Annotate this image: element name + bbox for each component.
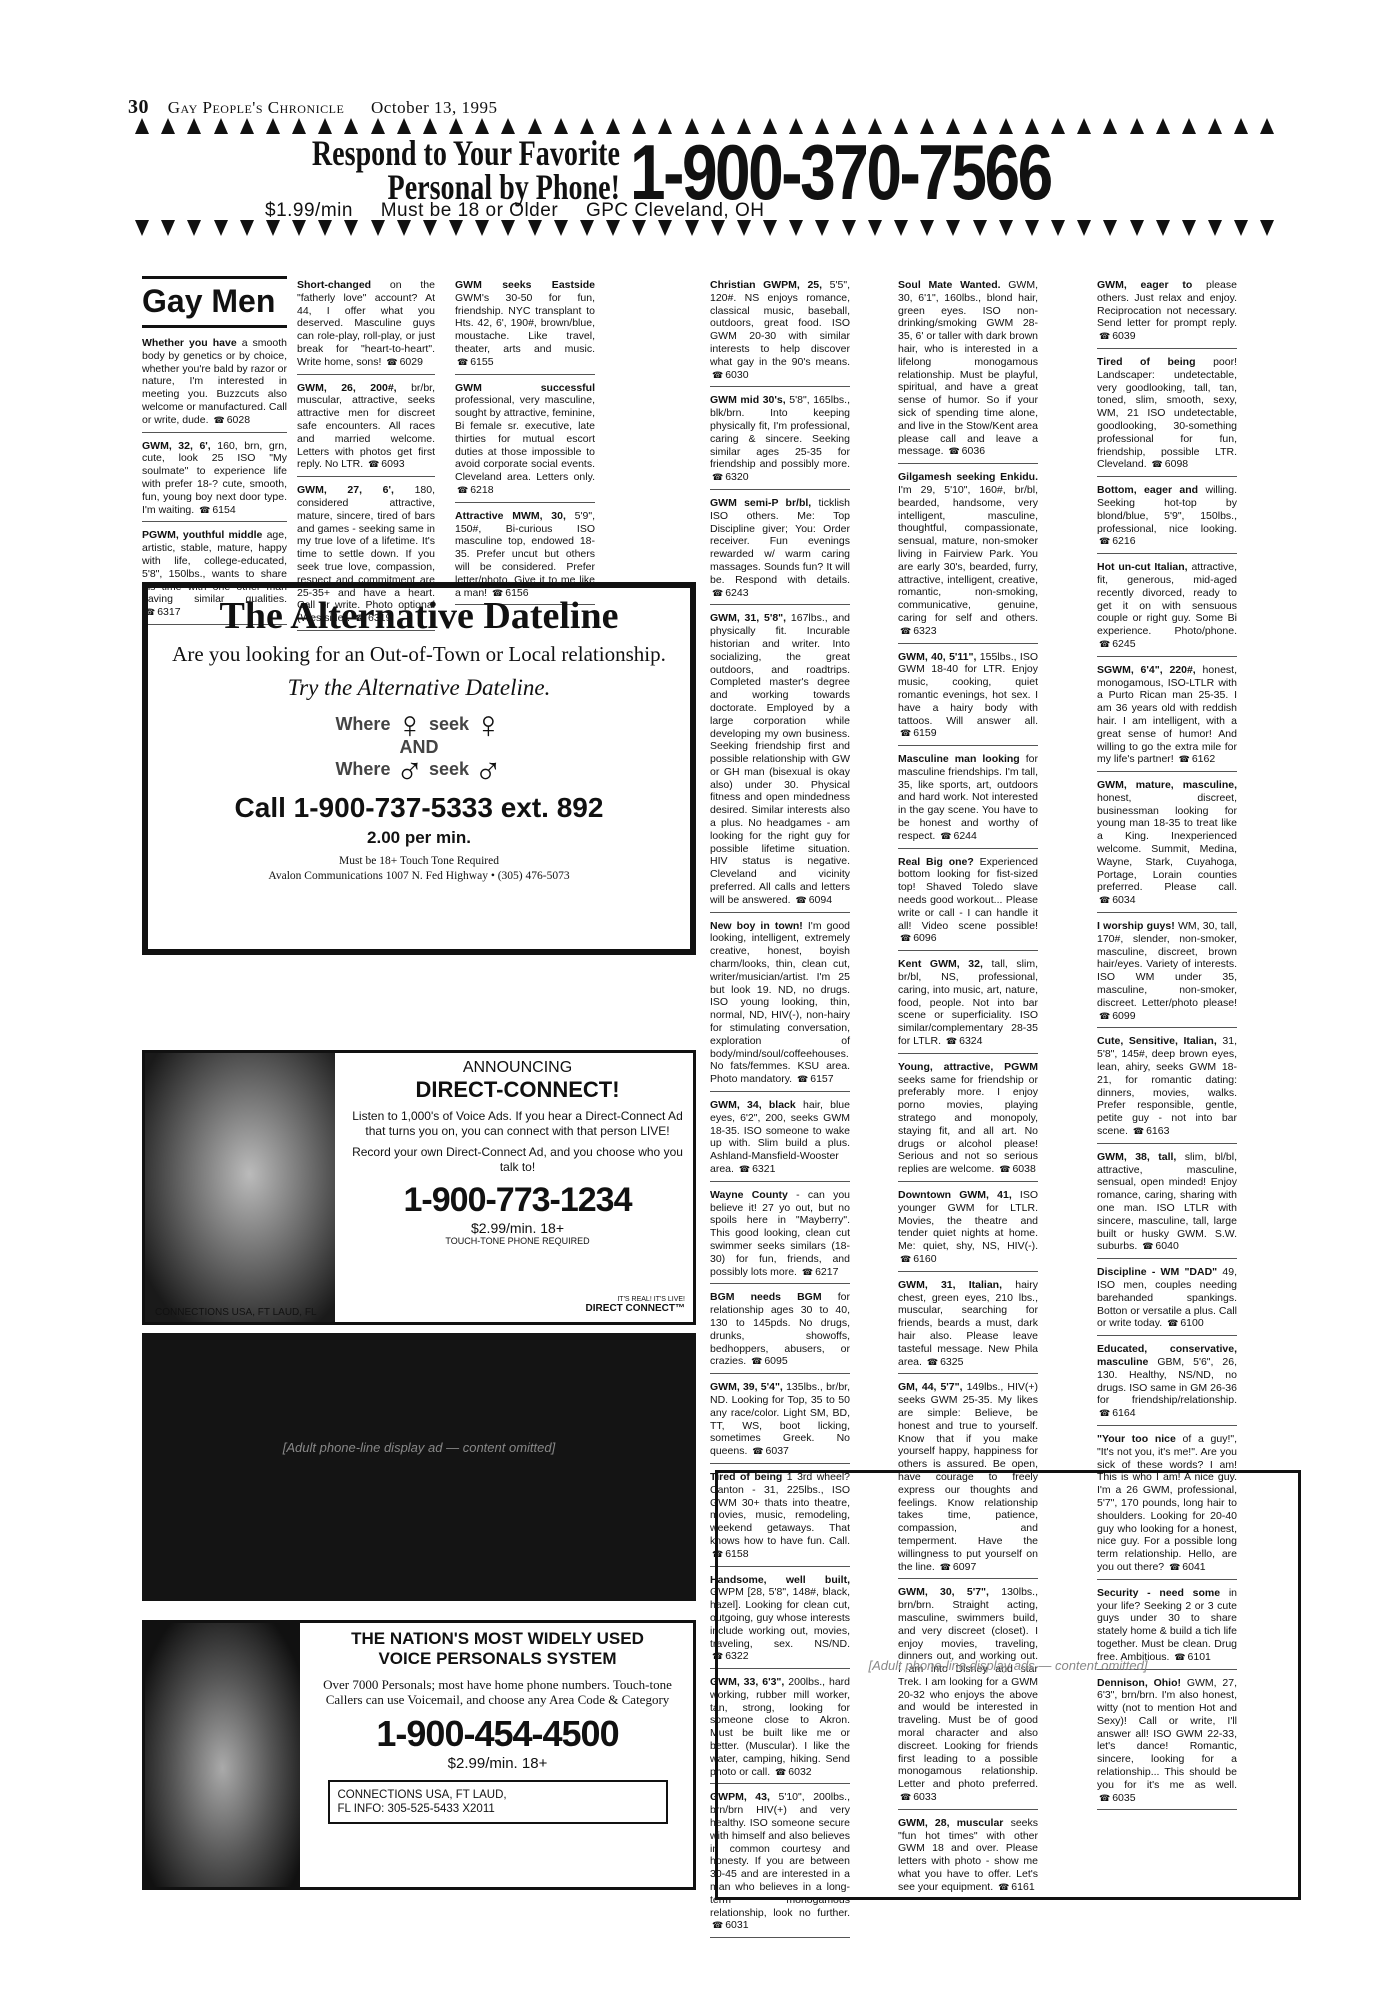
phone-icon: ☎ bbox=[1099, 1407, 1110, 1420]
triangle-ornament bbox=[1103, 118, 1117, 134]
phone-icon: ☎ bbox=[900, 727, 911, 740]
banner-subline: $1.99/min Must be 18 or Older GPC Clevel… bbox=[265, 200, 786, 222]
ad-title: The Alternative Dateline bbox=[148, 594, 690, 638]
ad-body: slim, bl/bl, attractive, masculine, sens… bbox=[1097, 1151, 1237, 1253]
ad-lead: Short-changed bbox=[297, 279, 371, 291]
ad-lead: Kent GWM, 32, bbox=[898, 958, 983, 970]
ad-body: I'm 29, 5'10", 160#, br/bl, bearded, han… bbox=[898, 484, 1038, 624]
ad-phone: 1-900-454-4500 bbox=[305, 1713, 690, 1755]
ad-lead: "Your too nice bbox=[1097, 1433, 1176, 1445]
personal-ad: Real Big one? Experienced bottom looking… bbox=[898, 853, 1038, 952]
triangle-ornament bbox=[501, 220, 515, 236]
page-number: 30 bbox=[128, 96, 149, 118]
triangle-ornament bbox=[501, 118, 515, 134]
phone-icon: ☎ bbox=[1099, 535, 1110, 548]
ad-body: 167lbs., and physically fit. Incurable h… bbox=[710, 612, 850, 906]
voice-personals-ad: THE NATION'S MOST WIDELY USED VOICE PERS… bbox=[142, 1620, 696, 1890]
voice-box: ☎6096 bbox=[898, 932, 937, 944]
personal-ad: Gilgamesh seeking Enkidu. I'm 29, 5'10",… bbox=[898, 468, 1038, 643]
triangle-ornament bbox=[789, 220, 803, 236]
triangle-ornament bbox=[946, 220, 960, 236]
voice-box: ☎6163 bbox=[1131, 1125, 1170, 1137]
phone-icon: ☎ bbox=[739, 1163, 750, 1176]
personal-ad: BGM needs BGM for relationship ages 30 t… bbox=[710, 1288, 850, 1374]
triangle-ornament bbox=[1051, 220, 1065, 236]
ad-body: 31, 5'8", 145#, deep brown eyes, lean, a… bbox=[1097, 1035, 1237, 1137]
triangle-ornament bbox=[214, 118, 228, 134]
ad-lead: Real Big one? bbox=[898, 856, 974, 868]
voice-box: ☎6095 bbox=[749, 1355, 788, 1367]
ad-lead: GWM, 40, 5'11", bbox=[898, 651, 976, 663]
personal-ad: Discipline - WM "DAD" 49, ISO men, coupl… bbox=[1097, 1263, 1237, 1336]
triangle-ornament bbox=[344, 118, 358, 134]
personal-ad: GWM, 26, 200#, br/br, muscular, attracti… bbox=[297, 379, 435, 478]
phone-icon: ☎ bbox=[795, 894, 806, 907]
ad-lead: Discipline - WM "DAD" bbox=[1097, 1266, 1217, 1278]
triangle-ornament bbox=[554, 118, 568, 134]
voice-box: ☎6038 bbox=[997, 1163, 1036, 1175]
ad-lead: New boy in town! bbox=[710, 920, 803, 932]
triangle-ornament bbox=[214, 220, 228, 236]
ad-photo bbox=[145, 1623, 300, 1887]
ad-body: WM, 30, tall, 170#, slender, non-smoker,… bbox=[1097, 920, 1237, 1009]
triangle-ornament bbox=[1182, 220, 1196, 236]
triangle-ornament bbox=[1260, 220, 1274, 236]
triangle-ornament bbox=[554, 220, 568, 236]
triangle-ornament bbox=[685, 220, 699, 236]
voice-box: ☎6093 bbox=[366, 458, 405, 470]
ad-lead: Masculine man looking bbox=[898, 753, 1020, 765]
ad-lead: Young, attractive, PGWM bbox=[898, 1061, 1038, 1073]
voice-box: ☎6157 bbox=[795, 1073, 834, 1085]
triangle-ornament bbox=[1025, 220, 1039, 236]
voice-box: ☎6040 bbox=[1140, 1240, 1179, 1252]
triangle-ornament bbox=[161, 118, 175, 134]
phone-icon: ☎ bbox=[1152, 458, 1163, 471]
phone-icon: ☎ bbox=[802, 1266, 813, 1279]
ad-rate: 2.00 per min. bbox=[148, 828, 690, 848]
ad-body: GWM's 30-50 for fun, friendship. NYC tra… bbox=[455, 292, 595, 355]
voice-box: ☎6154 bbox=[197, 504, 236, 516]
voice-box: ☎6029 bbox=[384, 356, 423, 368]
triangle-ornament bbox=[292, 220, 306, 236]
voice-box: ☎6039 bbox=[1097, 330, 1136, 342]
triangle-ornament bbox=[240, 118, 254, 134]
triangle-ornament bbox=[1130, 220, 1144, 236]
phone-icon: ☎ bbox=[1099, 330, 1110, 343]
banner-headline: Respond to Your Favorite Personal by Pho… bbox=[253, 136, 620, 204]
voice-box: ☎6034 bbox=[1097, 894, 1136, 906]
phone-icon: ☎ bbox=[712, 369, 723, 382]
ad-body: I'm good looking, intelligent, extremely… bbox=[710, 920, 850, 1086]
male-symbol-icon: ♂ bbox=[474, 750, 503, 792]
ad-lead: Attractive MWM, 30, bbox=[455, 510, 566, 522]
triangle-ornament bbox=[318, 118, 332, 134]
phone-icon: ☎ bbox=[1142, 1240, 1153, 1253]
triangle-ornament bbox=[711, 220, 725, 236]
phone-icon: ☎ bbox=[900, 932, 911, 945]
voice-box: ☎6159 bbox=[898, 727, 937, 739]
playground-ad: [Adult phone-line display ad — content o… bbox=[142, 1333, 696, 1601]
triangle-ornament bbox=[1234, 220, 1248, 236]
triangle-ornament bbox=[475, 118, 489, 134]
personal-ad: GWM seeks Eastside GWM's 30-50 for fun, … bbox=[455, 276, 595, 375]
personals-column-3: GWM seeks Eastside GWM's 30-50 for fun, … bbox=[455, 276, 595, 609]
personal-ad: Bottom, eager and willing. Seeking hot-t… bbox=[1097, 481, 1237, 554]
triangle-ornament bbox=[1103, 220, 1117, 236]
personals-column-1: Gay Men Whether you have a smooth body b… bbox=[142, 276, 287, 629]
phone-icon: ☎ bbox=[457, 484, 468, 497]
personal-ad: GWM, 40, 5'11", 155lbs., ISO GWM 18-40 f… bbox=[898, 648, 1038, 747]
ad-body: 5'5", 120#. NS enjoys romance, classical… bbox=[710, 279, 850, 368]
personal-ad: Short-changed on the "fatherly love" acc… bbox=[297, 276, 435, 375]
triangle-ornament bbox=[135, 118, 149, 134]
triangle-ornament bbox=[135, 220, 149, 236]
ad-body: professional, very masculine, sought by … bbox=[455, 394, 595, 483]
voice-box: ☎6217 bbox=[800, 1266, 839, 1278]
ad-lead: GM, 44, 5'7", bbox=[898, 1381, 963, 1393]
voice-box: ☎6323 bbox=[898, 625, 937, 637]
voice-box: ☎6036 bbox=[946, 445, 985, 457]
triangle-ornament bbox=[266, 220, 280, 236]
triangle-ornament bbox=[397, 220, 411, 236]
phone-icon: ☎ bbox=[940, 830, 951, 843]
voice-box: ☎6155 bbox=[455, 356, 494, 368]
ad-body: honest, discreet, businessman looking fo… bbox=[1097, 792, 1237, 894]
triangle-ornament bbox=[868, 220, 882, 236]
personal-ad: Young, attractive, PGWM seeks same for f… bbox=[898, 1058, 1038, 1182]
phone-icon: ☎ bbox=[900, 1253, 911, 1266]
triangle-ornament bbox=[973, 220, 987, 236]
ad-lead: GWM, 31, 5'8", bbox=[710, 612, 786, 624]
personal-ad: New boy in town! I'm good looking, intel… bbox=[710, 917, 850, 1092]
triangle-ornament bbox=[842, 220, 856, 236]
ad-lead: Whether you have bbox=[142, 337, 237, 349]
ad-lead: GWM, 31, Italian, bbox=[898, 1279, 1002, 1291]
triangle-ornament bbox=[1051, 118, 1065, 134]
triangle-ornament bbox=[528, 118, 542, 134]
ad-lead: GWM, mature, masculine, bbox=[1097, 779, 1237, 791]
triangle-ornament bbox=[371, 118, 385, 134]
ad-lead: I worship guys! bbox=[1097, 920, 1175, 932]
personal-ad: GWM, 34, black hair, blue eyes, 6'2", 20… bbox=[710, 1096, 850, 1182]
phone-icon: ☎ bbox=[927, 1356, 938, 1369]
personal-ad: GWM, mature, masculine, honest, discreet… bbox=[1097, 776, 1237, 913]
phone-icon: ☎ bbox=[1179, 753, 1190, 766]
triangle-ornament bbox=[318, 220, 332, 236]
voice-box: ☎6324 bbox=[944, 1035, 983, 1047]
folio: 30 Gay People's Chronicle October 13, 19… bbox=[128, 96, 498, 119]
phone-icon: ☎ bbox=[900, 625, 911, 638]
phone-icon: ☎ bbox=[999, 1163, 1010, 1176]
personal-ad: Hot un-cut Italian, attractive, fit, gen… bbox=[1097, 558, 1237, 657]
triangle-ornament bbox=[240, 220, 254, 236]
triangle-ornament bbox=[920, 220, 934, 236]
ad-lead: GWM semi-P br/bl, bbox=[710, 497, 811, 509]
triangle-ornament bbox=[1260, 118, 1274, 134]
publication-name: Gay People's Chronicle bbox=[168, 98, 345, 117]
ad-body: hairy chest, green eyes, 210 lbs., muscu… bbox=[898, 1279, 1038, 1368]
phone-icon: ☎ bbox=[948, 445, 959, 458]
triangle-ornament bbox=[397, 118, 411, 134]
personal-ad: Christian GWPM, 25, 5'5", 120#. NS enjoy… bbox=[710, 276, 850, 387]
triangle-ornament bbox=[580, 118, 594, 134]
ad-lead: Cute, Sensitive, Italian, bbox=[1097, 1035, 1217, 1047]
triangle-ornament bbox=[187, 220, 201, 236]
personal-ad: GWM, 32, 6', 160, brn, grn, cute, look 2… bbox=[142, 437, 287, 523]
triangle-ornament bbox=[161, 220, 175, 236]
ad-lead: GWM, 38, tall, bbox=[1097, 1151, 1176, 1163]
section-title: Gay Men bbox=[142, 276, 287, 328]
personal-ad: Whether you have a smooth body by geneti… bbox=[142, 334, 287, 433]
voice-box: ☎6243 bbox=[710, 587, 749, 599]
ad-body: br/br, muscular, attractive, seeks attra… bbox=[297, 382, 435, 471]
triangle-ornament bbox=[894, 220, 908, 236]
phone-icon: ☎ bbox=[712, 471, 723, 484]
triangle-ornament bbox=[1182, 118, 1196, 134]
personal-ad: GWM, eager to please others. Just relax … bbox=[1097, 276, 1237, 349]
personal-ad: Wayne County - can you believe it! 27 yo… bbox=[710, 1186, 850, 1285]
ad-phone: Call 1-900-737-5333 ext. 892 bbox=[148, 792, 690, 824]
triangle-ornament bbox=[1077, 220, 1091, 236]
phone-icon: ☎ bbox=[368, 458, 379, 471]
ad-lead: Hot un-cut Italian, bbox=[1097, 561, 1188, 573]
personal-ad: GWM, 31, 5'8", 167lbs., and physically f… bbox=[710, 609, 850, 912]
ad-lead: Bottom, eager and bbox=[1097, 484, 1198, 496]
triangle-ornament bbox=[580, 220, 594, 236]
phone-icon: ☎ bbox=[751, 1355, 762, 1368]
ad-lead: BGM needs BGM bbox=[710, 1291, 822, 1303]
triangle-ornament bbox=[1156, 220, 1170, 236]
ad-subtitle: Are you looking for an Out-of-Town or Lo… bbox=[148, 642, 690, 667]
triangle-ornament bbox=[815, 220, 829, 236]
personal-ad: Educated, conservative, masculine GBM, 5… bbox=[1097, 1340, 1237, 1426]
voice-box: ☎6325 bbox=[925, 1356, 964, 1368]
voice-box: ☎6244 bbox=[938, 830, 977, 842]
voice-box: ☎6030 bbox=[710, 369, 749, 381]
ad-lead: GWM mid 30's, bbox=[710, 394, 786, 406]
triangle-ornament bbox=[475, 220, 489, 236]
ad-body: on the "fatherly love" account? At 44, I… bbox=[297, 279, 435, 368]
triangle-ornament bbox=[1156, 118, 1170, 134]
voice-box: ☎6164 bbox=[1097, 1407, 1136, 1419]
triangle-ornament bbox=[266, 118, 280, 134]
phone-icon: ☎ bbox=[457, 356, 468, 369]
ad-tagline: Try the Alternative Dateline. bbox=[148, 675, 690, 701]
ad-lead: GWM, eager to bbox=[1097, 279, 1192, 291]
phone-icon: ☎ bbox=[1099, 1010, 1110, 1023]
triangle-ornament bbox=[606, 220, 620, 236]
ad-body: honest, monogamous, ISO-LTLR with a Purt… bbox=[1097, 664, 1237, 766]
ad-body: GWM, 30, 6'1", 160lbs., blond hair, gree… bbox=[898, 279, 1038, 457]
ad-lead: GWM successful bbox=[455, 382, 595, 394]
phone-icon: ☎ bbox=[797, 1073, 808, 1086]
ad-lead: Downtown GWM, 41, bbox=[898, 1189, 1012, 1201]
ad-photo bbox=[145, 1053, 335, 1322]
voice-box: ☎6098 bbox=[1150, 458, 1189, 470]
voice-box: ☎6162 bbox=[1177, 753, 1216, 765]
triangle-ornament bbox=[1208, 220, 1222, 236]
voice-box: ☎6094 bbox=[793, 894, 832, 906]
voice-box: ☎6037 bbox=[750, 1445, 789, 1457]
voice-box: ☎6100 bbox=[1165, 1317, 1204, 1329]
ad-lead: Christian GWPM, 25, bbox=[710, 279, 822, 291]
voice-box: ☎6320 bbox=[710, 471, 749, 483]
ad-body: ticklish ISO others. Me: Top Discipline … bbox=[710, 497, 850, 586]
phone-icon: ☎ bbox=[1099, 638, 1110, 651]
ad-lead: GWM, 32, 6', bbox=[142, 440, 211, 452]
ad-title: DIRECT-CONNECT! bbox=[345, 1077, 690, 1103]
ad-lead: PGWM, youthful middle bbox=[142, 529, 262, 541]
triangle-ornament bbox=[344, 220, 358, 236]
phone-icon: ☎ bbox=[712, 587, 723, 600]
gender-symbols: Where ♀ seek ♀ AND Where ♂ seek ♂ bbox=[148, 713, 690, 782]
phone-icon: ☎ bbox=[1099, 894, 1110, 907]
voice-box: ☎6245 bbox=[1097, 638, 1136, 650]
ad-lead: SGWM, 6'4", 220#, bbox=[1097, 664, 1196, 676]
ad-body: poor! Landscaper: undetectable, very goo… bbox=[1097, 356, 1237, 470]
voice-box: ☎6160 bbox=[898, 1253, 937, 1265]
ad-body: for masculine friendships. I'm tall, 35,… bbox=[898, 753, 1038, 842]
direct-connect-ad: ANNOUNCING DIRECT-CONNECT! Listen to 1,0… bbox=[142, 1050, 696, 1325]
banner-phone-number: 1-900-370-7566 bbox=[630, 134, 1051, 210]
phone-icon: ☎ bbox=[213, 414, 224, 427]
female-symbol-icon: ♀ bbox=[474, 704, 503, 746]
triangle-ornament bbox=[528, 220, 542, 236]
ad-body: tall, slim, br/bl, NS, professional, car… bbox=[898, 958, 1038, 1047]
ad-lead: Wayne County bbox=[710, 1189, 788, 1201]
ad-lead: Tired of being bbox=[1097, 356, 1196, 368]
alternative-dateline-ad: The Alternative Dateline Are you looking… bbox=[142, 582, 696, 955]
direct-connect-logo: IT'S REAL! IT'S LIVE! DIRECT CONNECT™ bbox=[586, 1296, 685, 1314]
triangle-ornament bbox=[1077, 118, 1091, 134]
phone-icon: ☎ bbox=[199, 504, 210, 517]
triangle-ornament bbox=[449, 220, 463, 236]
ad-body: a smooth body by genetics or by choice, … bbox=[142, 337, 287, 426]
chat-line-ads: [Adult phone-line display ads — content … bbox=[715, 1470, 1301, 1900]
personal-ad: Masculine man looking for masculine frie… bbox=[898, 750, 1038, 849]
triangle-ornament bbox=[423, 118, 437, 134]
personal-ad: Cute, Sensitive, Italian, 31, 5'8", 145#… bbox=[1097, 1032, 1237, 1143]
triangle-ornament bbox=[187, 118, 201, 134]
personal-ad: Tired of being poor! Landscaper: undetec… bbox=[1097, 353, 1237, 477]
triangle-ornament bbox=[449, 118, 463, 134]
phone-icon: ☎ bbox=[712, 1919, 723, 1932]
personal-ad: GWM, 38, tall, slim, bl/bl, attractive, … bbox=[1097, 1148, 1237, 1259]
ad-lead: GWM, 27, 6', bbox=[297, 484, 394, 496]
ad-lead: Soul Mate Wanted. bbox=[898, 279, 1001, 291]
phone-icon: ☎ bbox=[1167, 1317, 1178, 1330]
phone-icon: ☎ bbox=[386, 356, 397, 369]
triangle-ornament bbox=[423, 220, 437, 236]
triangle-ornament bbox=[1234, 118, 1248, 134]
personal-ad: GWM mid 30's, 5'8", 165lbs., blk/brn. In… bbox=[710, 391, 850, 490]
phone-icon: ☎ bbox=[946, 1035, 957, 1048]
ad-footer: CONNECTIONS USA, FT LAUD, FL INFO: 305-5… bbox=[328, 1780, 668, 1824]
male-symbol-icon: ♂ bbox=[395, 750, 424, 792]
ad-phone: 1-900-773-1234 bbox=[345, 1181, 690, 1220]
personal-ad: GWM semi-P br/bl, ticklish ISO others. M… bbox=[710, 494, 850, 605]
triangle-ornament bbox=[606, 118, 620, 134]
voice-box: ☎6218 bbox=[455, 484, 494, 496]
voice-box: ☎6099 bbox=[1097, 1010, 1136, 1022]
triangle-border-bottom bbox=[135, 220, 1275, 238]
personal-ad: I worship guys! WM, 30, tall, 170#, slen… bbox=[1097, 917, 1237, 1028]
triangle-ornament bbox=[999, 220, 1013, 236]
voice-box: ☎6028 bbox=[211, 414, 250, 426]
ad-lead: GWM, 34, black bbox=[710, 1099, 796, 1111]
ad-lead: Gilgamesh seeking Enkidu. bbox=[898, 471, 1038, 483]
ad-lead: GWM, 26, 200#, bbox=[297, 382, 397, 394]
triangle-ornament bbox=[737, 220, 751, 236]
triangle-ornament bbox=[371, 220, 385, 236]
personal-ad: GWM successful professional, very mascul… bbox=[455, 379, 595, 503]
triangle-ornament bbox=[658, 220, 672, 236]
triangle-ornament bbox=[632, 220, 646, 236]
personal-ad: Soul Mate Wanted. GWM, 30, 6'1", 160lbs.… bbox=[898, 276, 1038, 464]
ad-lead: GWM seeks Eastside bbox=[455, 279, 595, 291]
issue-date: October 13, 1995 bbox=[371, 98, 498, 117]
triangle-ornament bbox=[292, 118, 306, 134]
personal-ad: GWM, 31, Italian, hairy chest, green eye… bbox=[898, 1276, 1038, 1375]
phone-icon: ☎ bbox=[1133, 1125, 1144, 1138]
ad-lead: GWM, 39, 5'4", bbox=[710, 1381, 783, 1393]
personal-ad: Downtown GWM, 41, ISO younger GWM for LT… bbox=[898, 1186, 1038, 1272]
personal-ad: Kent GWM, 32, tall, slim, br/bl, NS, pro… bbox=[898, 955, 1038, 1054]
voice-box: ☎6031 bbox=[710, 1919, 749, 1931]
phone-response-banner: Respond to Your Favorite Personal by Pho… bbox=[135, 118, 1275, 238]
phone-icon: ☎ bbox=[752, 1445, 763, 1458]
ad-fineprint: Must be 18+ Touch Tone Required Avalon C… bbox=[148, 854, 690, 884]
triangle-ornament bbox=[1130, 118, 1144, 134]
personal-ad: SGWM, 6'4", 220#, honest, monogamous, IS… bbox=[1097, 661, 1237, 772]
voice-box: ☎6216 bbox=[1097, 535, 1136, 547]
triangle-ornament bbox=[1208, 118, 1222, 134]
ad-body: seeks same for friendship or preferably … bbox=[898, 1074, 1038, 1176]
personal-ad: GWM, 39, 5'4", 135lbs., br/br, ND. Looki… bbox=[710, 1378, 850, 1464]
voice-box: ☎6321 bbox=[737, 1163, 776, 1175]
triangle-ornament bbox=[763, 220, 777, 236]
ad-body: - can you believe it! 27 yo out, but no … bbox=[710, 1189, 850, 1278]
